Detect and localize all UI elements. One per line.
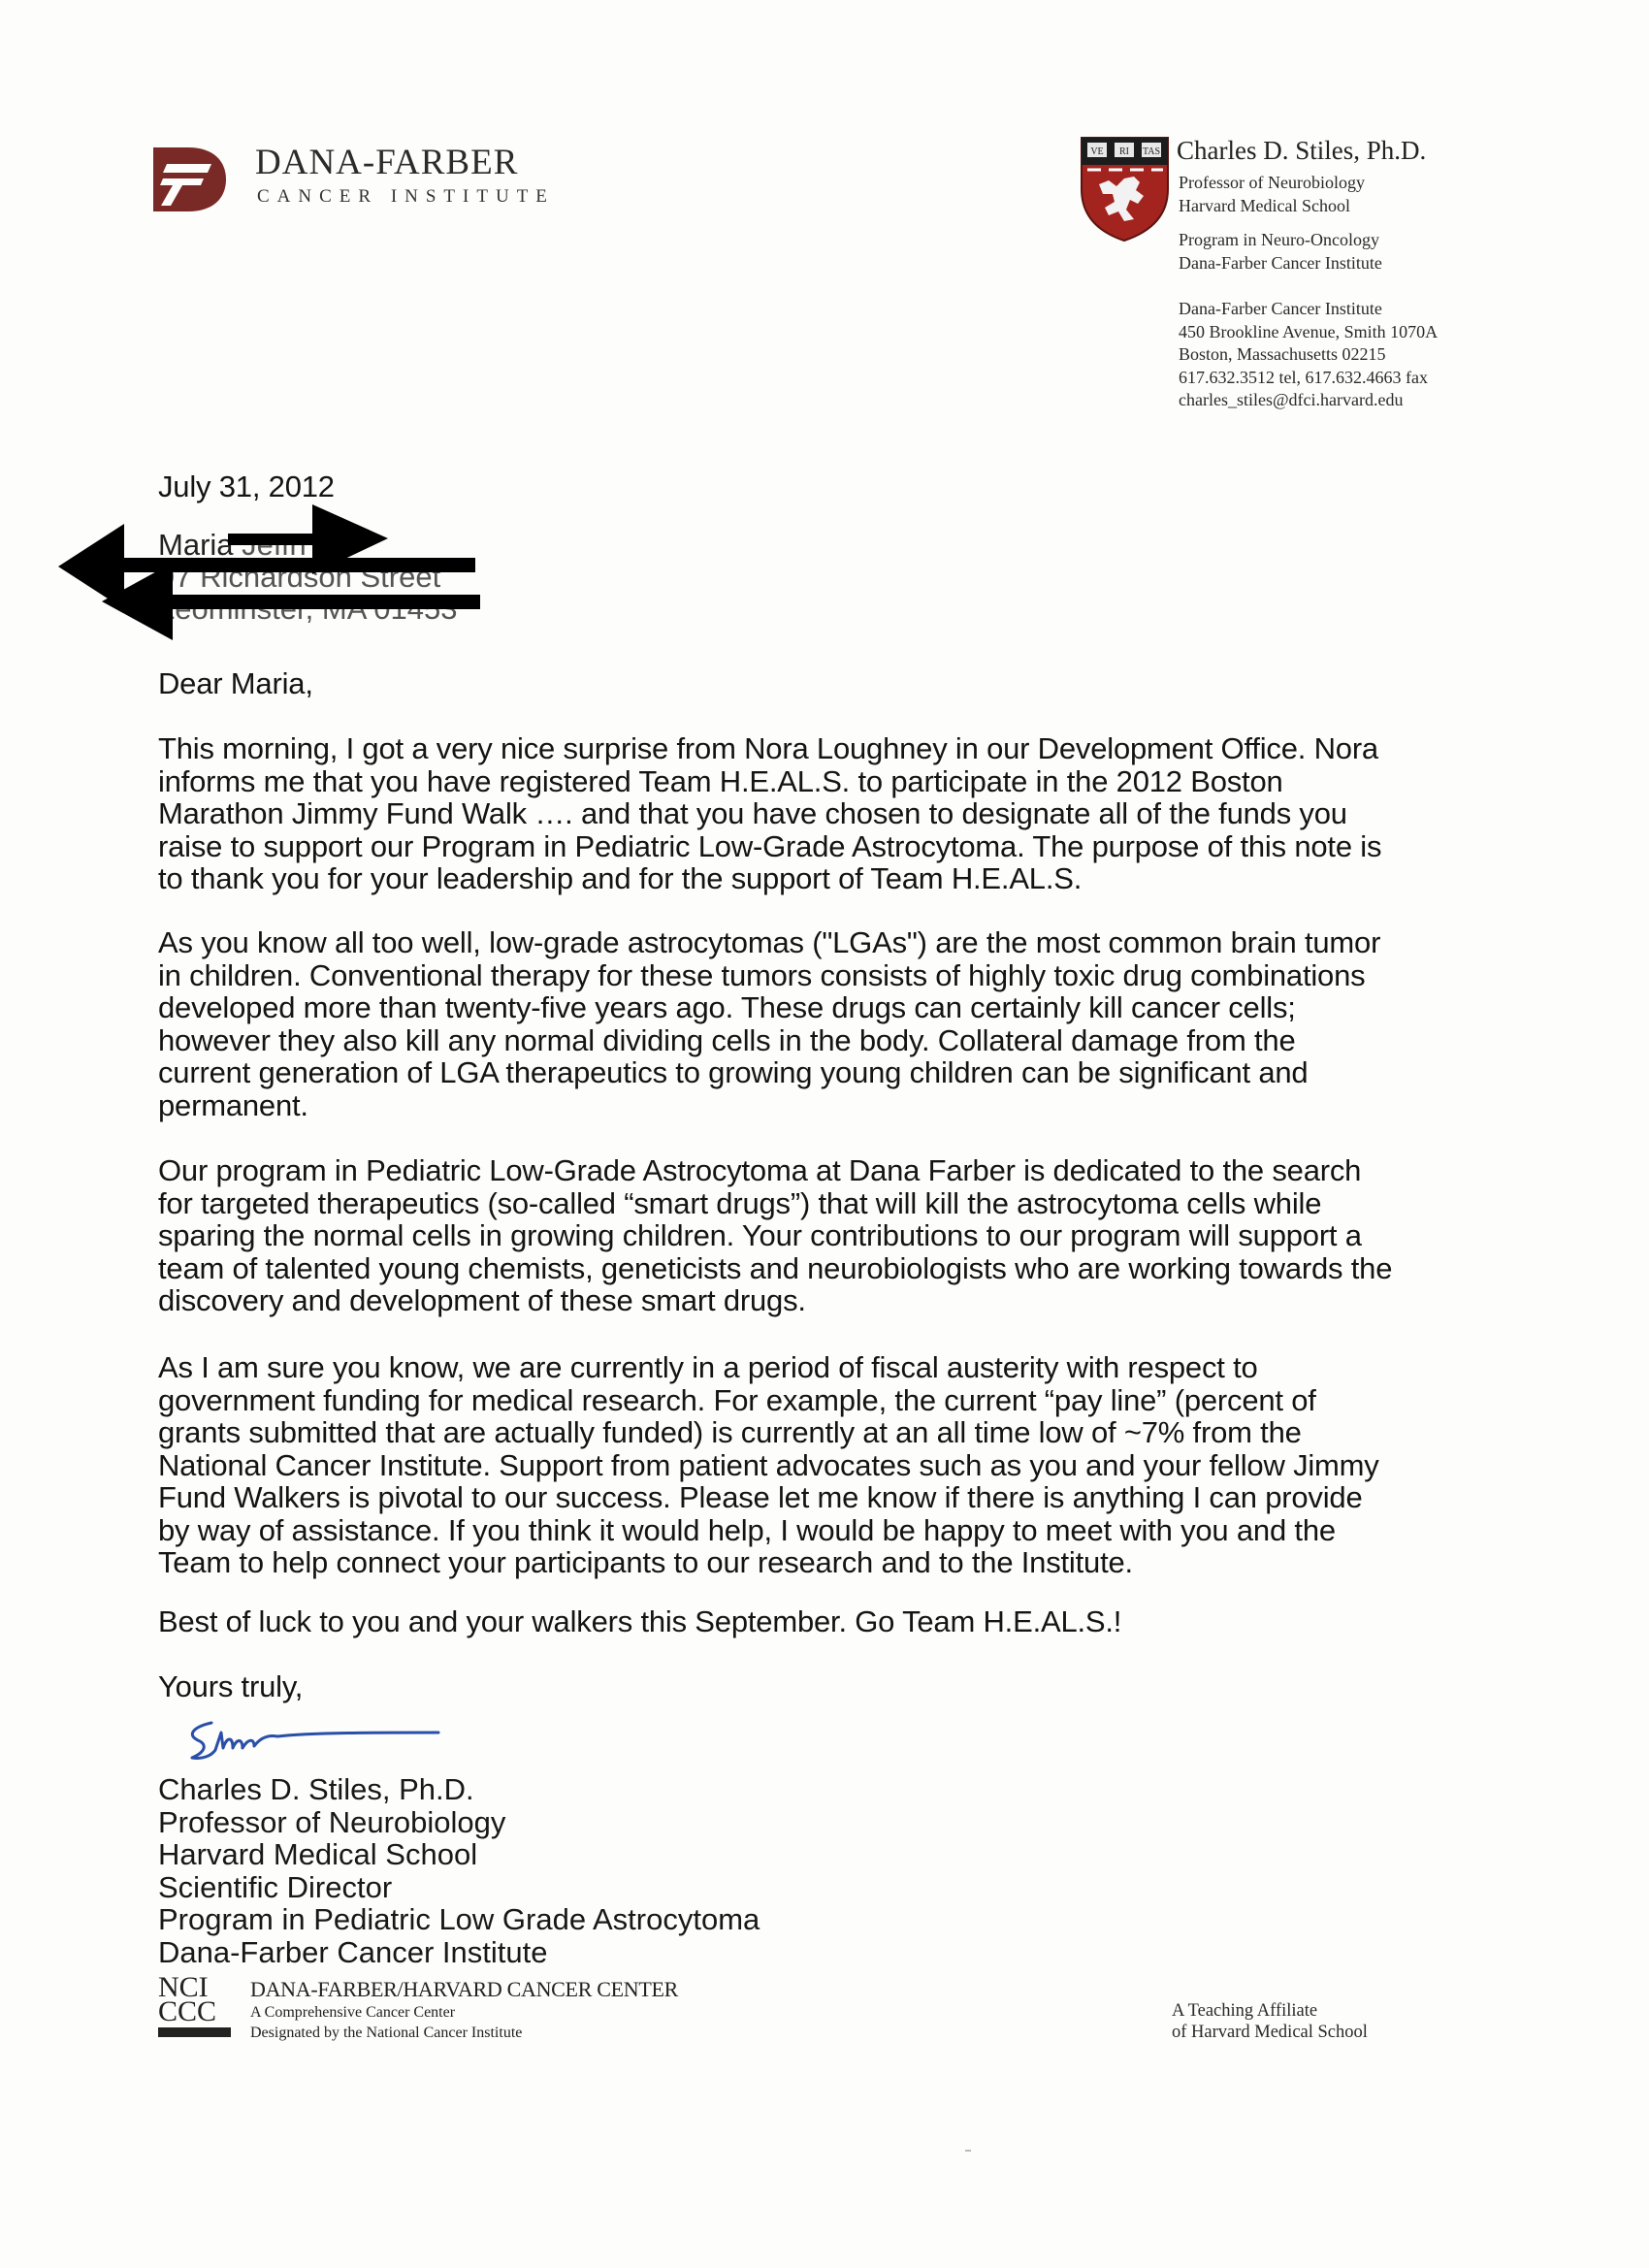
signer-title: Dana-Farber Cancer Institute (158, 1936, 760, 1969)
signer-title: Program in Pediatric Low Grade Astrocyto… (158, 1903, 760, 1936)
paragraph-line: National Cancer Institute. Support from … (158, 1449, 1536, 1482)
paragraph-line: grants submitted that are actually funde… (158, 1416, 1536, 1449)
cancer-center-footer: DANA-FARBER/HARVARD CANCER CENTER A Comp… (250, 1977, 678, 2043)
address-line: 450 Brookline Avenue, Smith 1070A (1179, 321, 1438, 344)
organization-subtitle: CANCER INSTITUTE (257, 186, 555, 208)
nci-bar (158, 2027, 231, 2037)
author-program: Program in Neuro-Oncology Dana-Farber Ca… (1179, 229, 1382, 275)
signer-title: Harvard Medical School (158, 1838, 760, 1871)
author-name-header: Charles D. Stiles, Ph.D. (1177, 136, 1426, 166)
paragraph-1: This morning, I got a very nice surprise… (158, 732, 1536, 895)
author-affiliations: Professor of Neurobiology Harvard Medica… (1179, 172, 1365, 217)
nci-mark-line: CCC (158, 1999, 232, 2024)
organization-name: DANA-FARBER (255, 142, 518, 183)
closing: Yours truly, (158, 1670, 303, 1703)
paragraph-line: in children. Conventional therapy for th… (158, 959, 1536, 992)
signature-block: Charles D. Stiles, Ph.D. Professor of Ne… (158, 1773, 760, 1969)
paragraph-line: permanent. (158, 1089, 1536, 1122)
paragraph-line: developed more than twenty-five years ag… (158, 991, 1536, 1024)
paragraph-line: team of talented young chemists, genetic… (158, 1252, 1536, 1285)
paragraph-line: raise to support our Program in Pediatri… (158, 830, 1536, 863)
paragraph-line: to thank you for your leadership and for… (158, 862, 1536, 895)
paragraph-line: As you know all too well, low-grade astr… (158, 926, 1536, 959)
paragraph-3: Our program in Pediatric Low-Grade Astro… (158, 1154, 1536, 1317)
paragraph-line: Our program in Pediatric Low-Grade Astro… (158, 1154, 1536, 1187)
svg-text:RI: RI (1119, 146, 1129, 157)
signer-name: Charles D. Stiles, Ph.D. (158, 1773, 760, 1806)
affiliate-line: A Teaching Affiliate (1172, 2000, 1368, 2022)
paragraph-line: for targeted therapeutics (so-called “sm… (158, 1187, 1536, 1220)
cancer-center-title: DANA-FARBER/HARVARD CANCER CENTER (250, 1977, 678, 2002)
affiliation-line: Harvard Medical School (1179, 195, 1365, 218)
address-line: Boston, Massachusetts 02215 (1179, 343, 1438, 367)
signer-title: Scientific Director (158, 1871, 760, 1904)
paragraph-line: current generation of LGA therapeutics t… (158, 1056, 1536, 1089)
handwritten-signature-icon (184, 1715, 446, 1768)
paragraph-line: Best of luck to you and your walkers thi… (158, 1605, 1536, 1638)
paragraph-line: Marathon Jimmy Fund Walk …. and that you… (158, 797, 1536, 830)
redaction-arrows-icon (58, 504, 495, 640)
cancer-center-line: Designated by the National Cancer Instit… (250, 2023, 678, 2043)
program-line: Dana-Farber Cancer Institute (1179, 252, 1382, 275)
svg-text:TAS: TAS (1143, 146, 1160, 157)
signer-title: Professor of Neurobiology (158, 1806, 760, 1839)
paragraph-2: As you know all too well, low-grade astr… (158, 926, 1536, 1121)
svg-text:VE: VE (1090, 146, 1103, 157)
paragraph-line: This morning, I got a very nice surprise… (158, 732, 1536, 765)
paragraph-line: however they also kill any normal dividi… (158, 1024, 1536, 1057)
cancer-center-line: A Comprehensive Cancer Center (250, 2002, 678, 2023)
paragraph-line: by way of assistance. If you think it wo… (158, 1514, 1536, 1547)
phone-fax-line: 617.632.3512 tel, 617.632.4663 fax (1179, 367, 1438, 390)
nci-ccc-logo: NCI CCC (158, 1975, 232, 2037)
paragraph-5: Best of luck to you and your walkers thi… (158, 1605, 1536, 1638)
greeting: Dear Maria, (158, 667, 313, 700)
paragraph-line: sparing the normal cells in growing chil… (158, 1219, 1536, 1252)
paragraph-4: As I am sure you know, we are currently … (158, 1351, 1536, 1579)
paragraph-line: informs me that you have registered Team… (158, 765, 1536, 798)
affiliation-line: Professor of Neurobiology (1179, 172, 1365, 195)
paragraph-line: Team to help connect your participants t… (158, 1546, 1536, 1579)
paragraph-line: discovery and development of these smart… (158, 1284, 1536, 1317)
paragraph-line: government funding for medical research.… (158, 1384, 1536, 1417)
author-address: Dana-Farber Cancer Institute 450 Brookli… (1179, 298, 1438, 412)
email-link[interactable]: charles_stiles@dfci.harvard.edu (1179, 389, 1438, 412)
program-line: Program in Neuro-Oncology (1179, 229, 1382, 252)
harvard-crest-icon: VE RI TAS (1080, 136, 1170, 243)
address-line: Dana-Farber Cancer Institute (1179, 298, 1438, 321)
affiliate-line: of Harvard Medical School (1172, 2022, 1368, 2043)
teaching-affiliate-note: A Teaching Affiliate of Harvard Medical … (1172, 2000, 1368, 2043)
dana-farber-logo-icon (153, 147, 226, 211)
letter-date: July 31, 2012 (158, 470, 335, 503)
paragraph-line: As I am sure you know, we are currently … (158, 1351, 1536, 1384)
paragraph-line: Fund Walkers is pivotal to our success. … (158, 1481, 1536, 1514)
scan-artifact (965, 2150, 971, 2152)
